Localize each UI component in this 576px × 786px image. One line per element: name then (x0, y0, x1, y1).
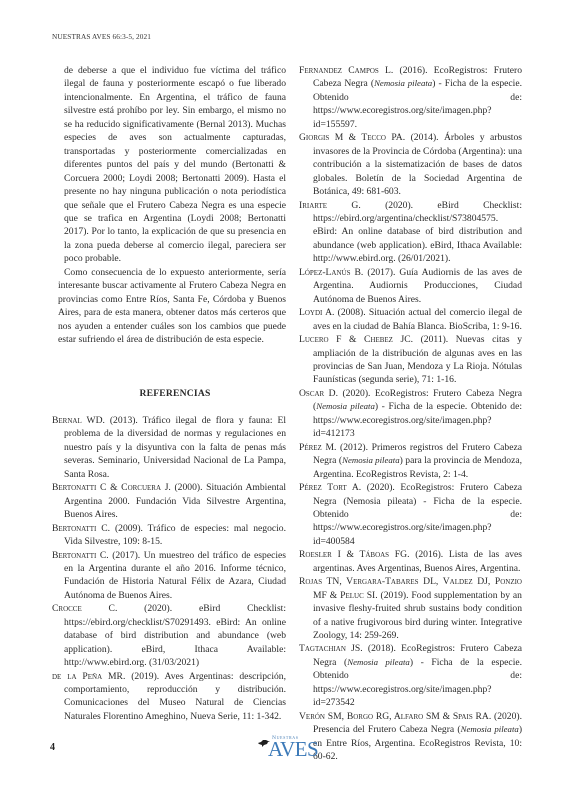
reference-authors: de la Peña MR. (52, 671, 125, 682)
reference-item: Bertonatti C. (2017). Un muestreo del tr… (52, 549, 286, 603)
reference-item: Lucero F & Chebez JC. (2011). Nuevas cit… (299, 333, 522, 387)
reference-authors: Fernandez Campos L. (299, 65, 393, 76)
references-list-right: Fernandez Campos L. (2016). EcoRegistros… (299, 64, 522, 764)
reference-authors: Iriarte G. (299, 200, 361, 211)
reference-item: Loydi A. (2008). Situación actual del co… (299, 306, 522, 333)
reference-item: Crocce C. (2020). eBird Checklist: https… (52, 602, 286, 669)
reference-item: Verón SM, Borgo RG, Alfaro SM & Spais RA… (299, 710, 522, 764)
reference-authors: Verón SM, Borgo RG, Alfaro SM & Spais RA… (299, 711, 491, 722)
reference-item: Roesler I & Táboas FG. (2016). Lista de … (299, 548, 522, 575)
reference-item: Tagtachian JS. (2018). EcoRegistros: Fru… (299, 642, 522, 709)
species-name: Nemosia pileata (347, 657, 410, 667)
reference-authors: Crocce C. (52, 603, 117, 614)
reference-item: Pérez Tort A. (2020). EcoRegistros: Frut… (299, 481, 522, 548)
species-name: Nemosia pileata (461, 724, 519, 734)
species-name: Nemosia pileata (342, 455, 400, 465)
reference-item: López-Lanús B. (2017). Guía Audiornis de… (299, 266, 522, 306)
reference-item: Bertonatti C. (2009). Tráfico de especie… (52, 522, 286, 549)
species-name: Nemosia pileata (374, 78, 432, 88)
left-column: de deberse a que el individuo fue víctim… (64, 64, 286, 723)
reference-item: Bertonatti C & Corcuera J. (2000). Situa… (52, 481, 286, 521)
right-column: Fernandez Campos L. (2016). EcoRegistros… (299, 64, 522, 764)
reference-item: Bernal WD. (2013). Tráfico ilegal de flo… (52, 414, 286, 481)
reference-authors: Lucero F & Chebez JC. (299, 334, 413, 345)
reference-authors: Bertonatti C. (52, 523, 110, 534)
reference-item: Pérez M. (2012). Primeros registros del … (299, 441, 522, 481)
reference-item: Iriarte G. (2020). eBird Checklist: http… (299, 199, 522, 266)
reference-authors: Loydi A. (299, 307, 334, 318)
reference-text: (2008). Situación actual del comercio il… (313, 307, 522, 331)
references-heading: REFERENCIAS (64, 387, 286, 400)
body-paragraph-1: de deberse a que el individuo fue víctim… (64, 64, 286, 266)
running-head: NUESTRAS AVES 66:3-5, 2021 (52, 32, 151, 41)
reference-item: Fernandez Campos L. (2016). EcoRegistros… (299, 64, 522, 131)
reference-authors: Tagtachian JS. (299, 643, 363, 654)
reference-authors: López-Lanús B. (299, 267, 363, 278)
reference-item: Oscar D. (2020). EcoRegistros: Frutero C… (299, 387, 522, 441)
body-paragraph-2: Como consecuencia de lo expuesto anterio… (58, 266, 286, 347)
reference-authors: Oscar D. (299, 388, 338, 399)
reference-authors: Bertonatti C & Corcuera J. (52, 482, 171, 493)
reference-authors: Pérez Tort A. (299, 482, 361, 493)
reference-item: Rojas TN, Vergara-Tabares DL, Valdez DJ,… (299, 575, 522, 642)
journal-logo: Nuestras AVES (258, 735, 326, 759)
logo-big-text: AVES (268, 738, 318, 760)
reference-item: de la Peña MR. (2019). Aves Argentinas: … (52, 670, 286, 724)
species-name: Nemosia pileata (316, 401, 375, 411)
journal-page: NUESTRAS AVES 66:3-5, 2021 de deberse a … (0, 0, 576, 786)
reference-authors: Bertonatti C. (52, 550, 109, 561)
reference-item: Giorgis M & Tecco PA. (2014). Árboles y … (299, 131, 522, 198)
reference-authors: Bernal WD. (52, 415, 105, 426)
reference-authors: Pérez M. (299, 442, 336, 453)
reference-authors: Roesler I & Táboas FG. (299, 549, 409, 560)
references-list-left: Bernal WD. (2013). Tráfico ilegal de flo… (52, 414, 286, 723)
page-number: 4 (50, 742, 55, 753)
reference-authors: Giorgis M & Tecco PA. (299, 132, 405, 143)
